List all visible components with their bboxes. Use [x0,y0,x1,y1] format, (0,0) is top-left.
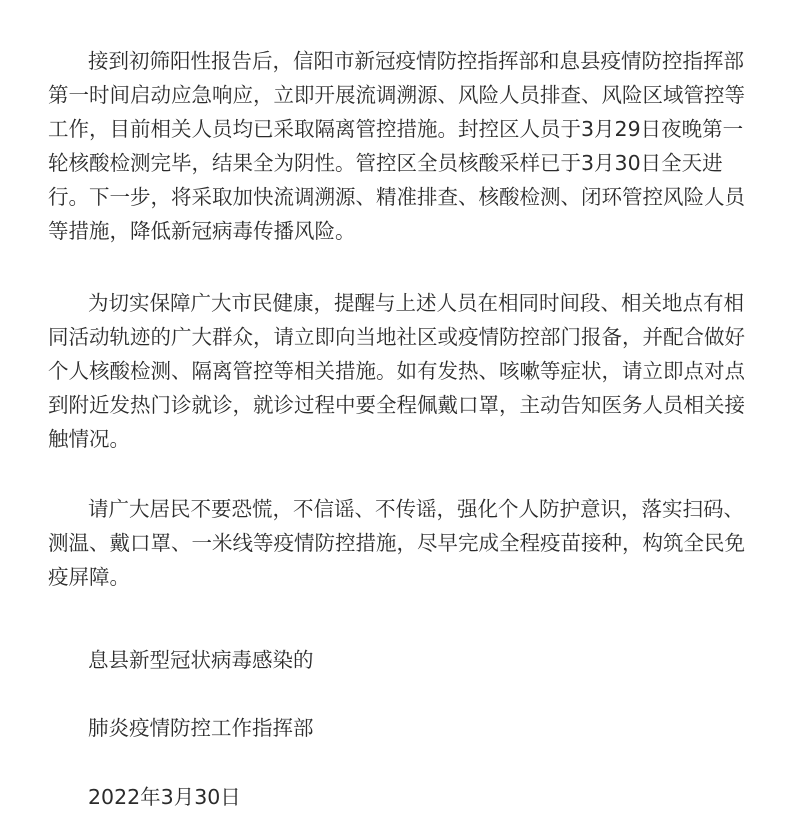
text-line: 第一时间启动应急响应，立即开展流调溯源、风险人员排查、风险区域管控等 [48,78,772,112]
text-line: 触情况。 [48,422,772,456]
paragraph-gap [48,248,772,286]
text-line: 行。下一步，将采取加快流调溯源、精准排查、核酸检测、闭环管控风险人员 [48,180,772,214]
text-line: 请广大居民不要恐慌，不信谣、不传谣，强化个人防护意识，落实扫码、 [48,492,772,526]
text-line: 疫屏障。 [48,560,772,594]
text-line: 个人核酸检测、隔离管控等相关措施。如有发热、咳嗽等症状，请立即点对点 [48,354,772,388]
paragraph-2: 为切实保障广大市民健康，提醒与上述人员在相同时间段、相关地点有相 同活动轨迹的广… [48,286,772,456]
paragraph-1: 接到初筛阳性报告后，信阳市新冠疫情防控指挥部和息县疫情防控指挥部 第一时间启动应… [48,44,772,248]
signature-org-line-1: 息县新型冠状病毒感染的 [88,643,314,677]
paragraph-gap [48,456,772,492]
signature-date: 2022年3月30日 [88,780,241,814]
text-line: 测温、戴口罩、一米线等疫情防控措施，尽早完成全程疫苗接种，构筑全民免 [48,526,772,560]
signature-org-line-2: 肺炎疫情防控工作指挥部 [88,711,314,745]
text-line: 到附近发热门诊就诊，就诊过程中要全程佩戴口罩，主动告知医务人员相关接 [48,388,772,422]
document-body: 接到初筛阳性报告后，信阳市新冠疫情防控指挥部和息县疫情防控指挥部 第一时间启动应… [48,44,772,594]
text-line: 工作，目前相关人员均已采取隔离管控措施。封控区人员于3月29日夜晚第一 [48,112,772,146]
paragraph-3: 请广大居民不要恐慌，不信谣、不传谣，强化个人防护意识，落实扫码、 测温、戴口罩、… [48,492,772,594]
text-line: 轮核酸检测完毕，结果全为阴性。管控区全员核酸采样已于3月30日全天进 [48,146,772,180]
text-line: 同活动轨迹的广大群众，请立即向当地社区或疫情防控部门报备，并配合做好 [48,320,772,354]
text-line: 为切实保障广大市民健康，提醒与上述人员在相同时间段、相关地点有相 [48,286,772,320]
text-line: 等措施，降低新冠病毒传播风险。 [48,214,772,248]
text-line: 接到初筛阳性报告后，信阳市新冠疫情防控指挥部和息县疫情防控指挥部 [48,44,772,78]
